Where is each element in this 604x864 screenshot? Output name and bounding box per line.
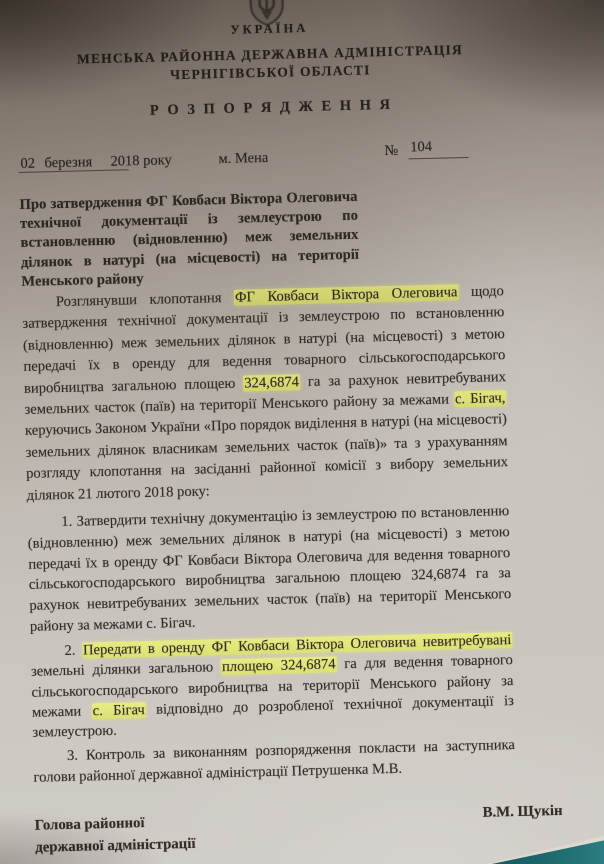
preamble-text: керуючись Законом України «Про порядок в… (25, 412, 508, 504)
place-name: м. Мена (218, 150, 268, 168)
signatory-title-line2: державної адміністрації (35, 833, 196, 859)
highlight-village-name: с. Бігач, (454, 390, 507, 407)
signatory-title: Голова районної державної адміністрації (34, 811, 195, 859)
date-year: 2018 року (110, 152, 172, 170)
highlight-area-value: 324,6874 (243, 374, 300, 391)
highlight-area-value: площею 324,6874 (221, 657, 337, 676)
paragraph-item-3: 3. Контроль за виконанням розпорядження … (33, 735, 516, 790)
highlight-farm-name: ФГ Ковбаси Віктора Олеговича (234, 284, 459, 305)
ukraine-trident-emblem-icon (246, 0, 287, 33)
item2-text: земельні ділянки загальною (31, 659, 221, 680)
document-number: 104 (408, 138, 468, 159)
paragraph-item-1: 1. Затвердити технічну документацію із з… (27, 501, 512, 638)
subject-heading: Про затвердження ФГ Ковбаси Віктора Олег… (19, 188, 359, 292)
paragraph-preamble: Розглянувши клопотання ФГ Ковбаси Віктор… (22, 281, 509, 507)
document-type-title: Р О З П О Р Я Д Ж Е Н Н Я (43, 94, 499, 122)
item2-number: 2. (64, 642, 82, 658)
signature-block: Голова районної державної адміністрації … (34, 803, 517, 859)
number-sign: № (384, 143, 398, 160)
document-photo: УКРАЇНА МЕНСЬКА РАЙОННА ДЕРЖАВНА АДМІНІС… (0, 0, 604, 864)
paragraph-item-2: 2. Передати в оренду ФГ Ковбаси Віктора … (30, 630, 514, 744)
highlight-village-name: с. Бігач (91, 702, 146, 719)
signatory-name: В.М. Щукін (482, 802, 563, 848)
document-page: УКРАЇНА МЕНСЬКА РАЙОННА ДЕРЖАВНА АДМІНІС… (15, 0, 518, 859)
date-number-row: 02 березня 2018 року м. Мена № 104 (18, 134, 501, 173)
preamble-text: Розглянувши клопотання (56, 290, 234, 310)
